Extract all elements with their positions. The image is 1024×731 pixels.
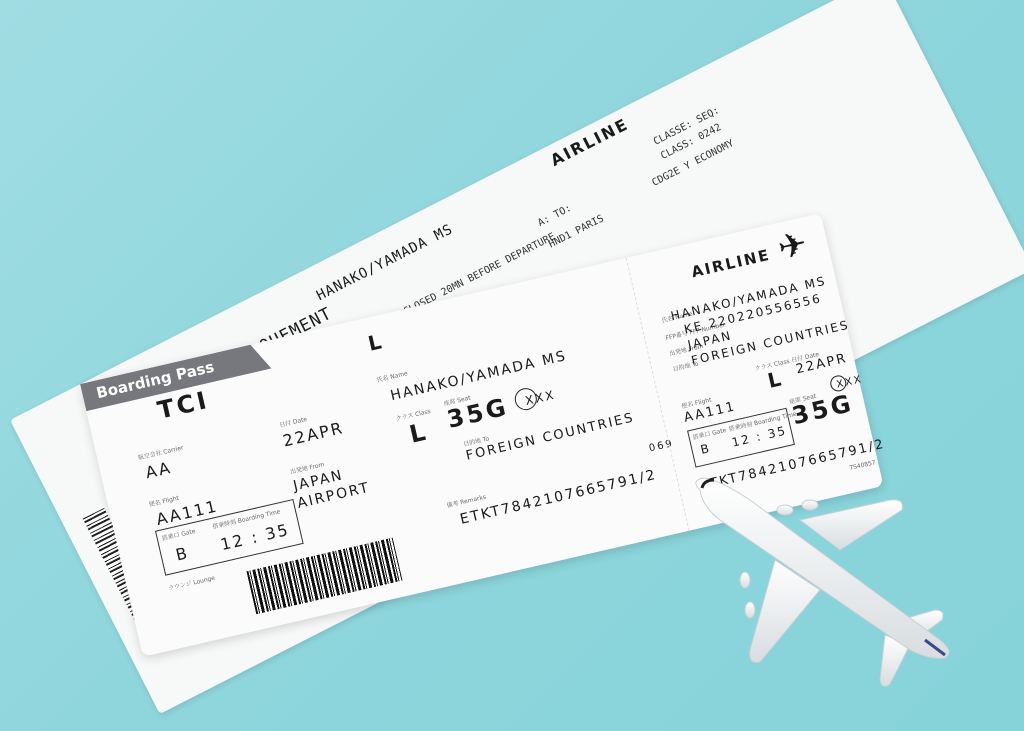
stub-airline-logo: AIRLINE	[690, 246, 773, 282]
name-label: 氏名 Name	[376, 368, 409, 384]
carrier-value: AA	[144, 458, 174, 482]
class-top: L	[366, 329, 386, 356]
toy-airplane	[690, 470, 970, 690]
stub-gate-label: 搭乗口 Gate	[692, 425, 727, 441]
back-ticket-airline-logo: AIRLINE	[547, 114, 631, 170]
class-value: L	[407, 417, 431, 448]
stub-gate: B	[699, 441, 712, 457]
photo-scene: CARTE D'EMBARQUEMENT BOARDING PASS HANAK…	[0, 0, 1024, 731]
stub-class: L	[765, 366, 786, 393]
gate-label: 搭乗口 Gate	[161, 526, 196, 542]
ticket-number: ETKT7842107665791/2	[459, 467, 659, 528]
airplane-icon: ✈	[774, 223, 811, 268]
lounge-label: ラウンジ Lounge	[167, 573, 216, 593]
gate-value: B	[174, 543, 191, 564]
back-ticket-to-label: A: TO:	[536, 203, 573, 229]
